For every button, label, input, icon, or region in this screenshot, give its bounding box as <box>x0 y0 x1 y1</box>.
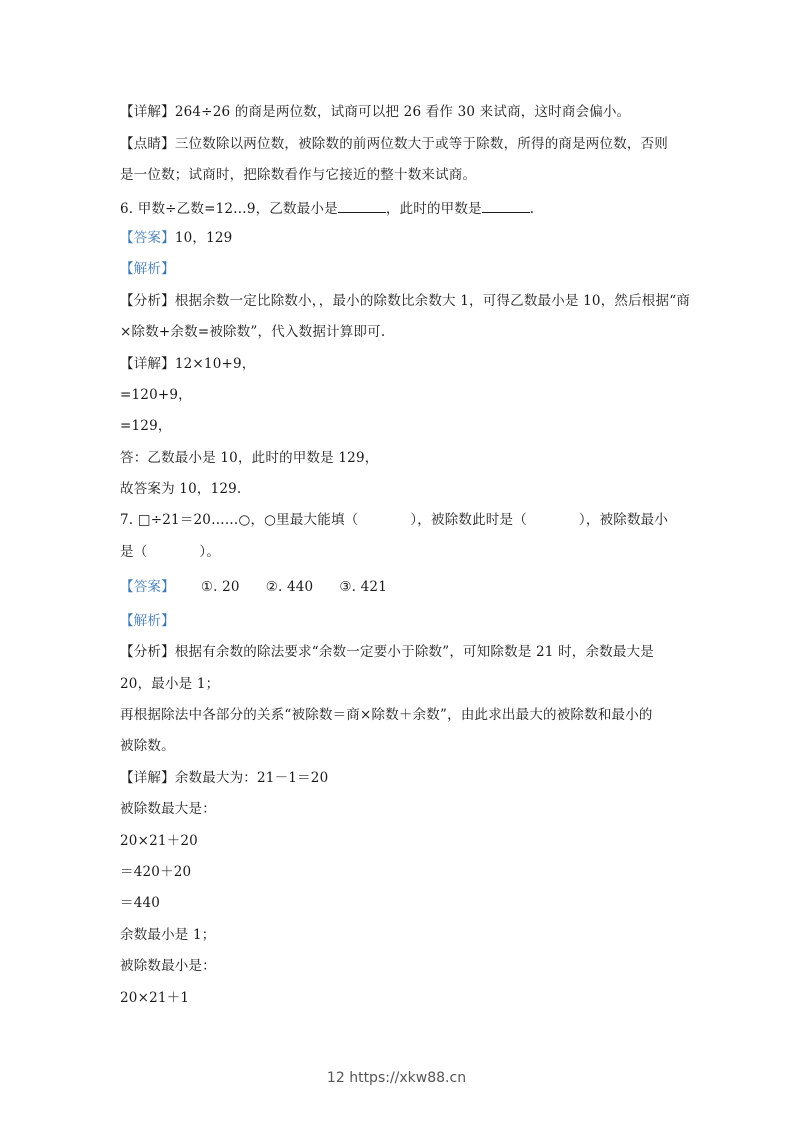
page-footer: 12 https://xkw88.cn <box>0 1070 793 1086</box>
q6-fenxi-text-1: 根据余数一定比除数小，，最小的除数比余数大 1，可得乙数最小是 10，然后根据“… <box>175 293 690 309</box>
q6-middle: ，此时的甲数是 <box>386 201 482 217</box>
q7-detail-text-1: 余数最大为：21－1＝20 <box>175 770 329 786</box>
q6-detail-1: 【详解】12×10+9， <box>120 355 255 373</box>
q7-fenxi-1: 【分析】根据有余数的除法要求“余数一定要小于除数”，可知除数是 21 时，余数最… <box>120 643 654 661</box>
q6-detail-2: =120+9， <box>120 386 192 404</box>
q7-part-1: 7. □÷21＝20……○，○里最大能填（ <box>120 512 358 528</box>
q7-detail-text-4: ＝420＋20 <box>120 864 191 880</box>
dianjing-line-2: 是一位数；试商时，把除数看作与它接近的整十数来试商。 <box>120 166 476 184</box>
q7-part-2: ），被除数此时是（ <box>410 512 527 528</box>
detail-text: 264÷26 的商是两位数，试商可以把 26 看作 30 来试商，这时商会偏小。 <box>175 104 631 120</box>
q6-analysis-heading: 【解析】 <box>120 260 175 278</box>
q6-fenxi-2: ×除数+余数=被除数”，代入数据计算即可. <box>120 323 385 341</box>
q7-part-5: ）。 <box>199 544 220 560</box>
answer-tag: 【答案】 <box>120 230 175 246</box>
q6-prefix: 6. 甲数÷乙数=12…9，乙数最小是 <box>120 201 338 217</box>
detail-line: 【详解】264÷26 的商是两位数，试商可以把 26 看作 30 来试商，这时商… <box>120 103 630 121</box>
dianjing-line: 【点睛】三位数除以两位数，被除数的前两位数大于或等于除数，所得的商是两位数，否则 <box>120 135 668 153</box>
q6-suffix: . <box>530 201 535 217</box>
q7-part-4: 是（ <box>120 544 147 560</box>
q7-detail-text-2: 被除数最大是： <box>120 801 216 817</box>
q6-detail-4: 答：乙数最小是 10，此时的甲数是 129， <box>120 449 378 467</box>
q6-fenxi-text-2: ×除数+余数=被除数”，代入数据计算即可. <box>120 324 385 340</box>
question-6: 6. 甲数÷乙数=12…9，乙数最小是，此时的甲数是. <box>120 198 534 218</box>
footer-site-link[interactable]: https://xkw88.cn <box>349 1070 466 1086</box>
q7-detail-text-6: 余数最小是 1； <box>120 927 215 943</box>
q7-fenxi-text-2: 20，最小是 1； <box>120 676 219 692</box>
q7-answer: 【答案】①. 20②. 440③. 421 <box>120 578 387 596</box>
q6-detail-3: =129， <box>120 417 172 435</box>
q6-answer: 【答案】10，129 <box>120 229 232 247</box>
q7-detail-4: ＝420＋20 <box>120 863 191 881</box>
q6-detail-5: 故答案为 10，129. <box>120 480 241 498</box>
dianjing-text: 三位数除以两位数，被除数的前两位数大于或等于除数，所得的商是两位数，否则 <box>175 136 668 152</box>
q7-fenxi-2: 20，最小是 1； <box>120 675 219 693</box>
analysis-tag: 【解析】 <box>120 261 175 277</box>
q7-detail-7: 被除数最小是： <box>120 957 216 975</box>
q6-blank-2 <box>482 198 530 213</box>
fenxi-tag: 【分析】 <box>120 293 175 309</box>
q7-answer-2: ②. 440 <box>266 579 314 595</box>
question-7: 7. □÷21＝20……○，○里最大能填（），被除数此时是（），被除数最小 <box>120 511 668 529</box>
detail-tag: 【详解】 <box>120 104 175 120</box>
q6-answer-value: 10，129 <box>175 230 233 246</box>
q7-detail-text-3: 20×21＋20 <box>120 833 198 849</box>
q7-answer-3: ③. 421 <box>339 579 387 595</box>
q7-answer-1: ①. 20 <box>201 579 240 595</box>
q6-detail-text-4: 答：乙数最小是 10，此时的甲数是 129， <box>120 450 378 466</box>
q7-detail-1: 【详解】余数最大为：21－1＝20 <box>120 769 328 787</box>
q6-fenxi-1: 【分析】根据余数一定比除数小，，最小的除数比余数大 1，可得乙数最小是 10，然… <box>120 292 690 310</box>
question-7-cont: 是（）。 <box>120 543 220 561</box>
dianjing-text-2: 是一位数；试商时，把除数看作与它接近的整十数来试商。 <box>120 167 476 183</box>
q6-detail-text-5: 故答案为 10，129. <box>120 481 241 497</box>
fenxi-tag: 【分析】 <box>120 644 175 660</box>
q6-detail-text-1: 12×10+9， <box>175 356 256 372</box>
q7-fenxi-4: 被除数。 <box>120 737 175 755</box>
q7-detail-text-7: 被除数最小是： <box>120 958 216 974</box>
q7-detail-5: ＝440 <box>120 894 160 912</box>
q7-fenxi-text-3: 再根据除法中各部分的关系“被除数＝商×除数＋余数”，由此求出最大的被除数和最小的 <box>120 707 653 723</box>
q7-detail-6: 余数最小是 1； <box>120 926 215 944</box>
q7-fenxi-3: 再根据除法中各部分的关系“被除数＝商×除数＋余数”，由此求出最大的被除数和最小的 <box>120 706 653 724</box>
page-number: 12 <box>327 1070 345 1086</box>
analysis-tag: 【解析】 <box>120 613 175 629</box>
q7-part-3: ），被除数最小 <box>579 512 668 528</box>
dianjing-tag: 【点睛】 <box>120 136 175 152</box>
detail-tag: 【详解】 <box>120 770 175 786</box>
q7-detail-2: 被除数最大是： <box>120 800 216 818</box>
q7-detail-text-8: 20×21＋1 <box>120 990 189 1006</box>
q6-detail-text-2: =120+9， <box>120 387 192 403</box>
q7-analysis-heading: 【解析】 <box>120 612 175 630</box>
detail-tag: 【详解】 <box>120 356 175 372</box>
q7-fenxi-text-1: 根据有余数的除法要求“余数一定要小于除数”，可知除数是 21 时，余数最大是 <box>175 644 654 660</box>
q7-detail-8: 20×21＋1 <box>120 989 189 1007</box>
q6-blank-1 <box>338 198 386 213</box>
q7-detail-text-5: ＝440 <box>120 895 160 911</box>
q7-detail-3: 20×21＋20 <box>120 832 198 850</box>
q7-fenxi-text-4: 被除数。 <box>120 738 175 754</box>
answer-tag: 【答案】 <box>120 579 175 595</box>
q6-detail-text-3: =129， <box>120 418 172 434</box>
